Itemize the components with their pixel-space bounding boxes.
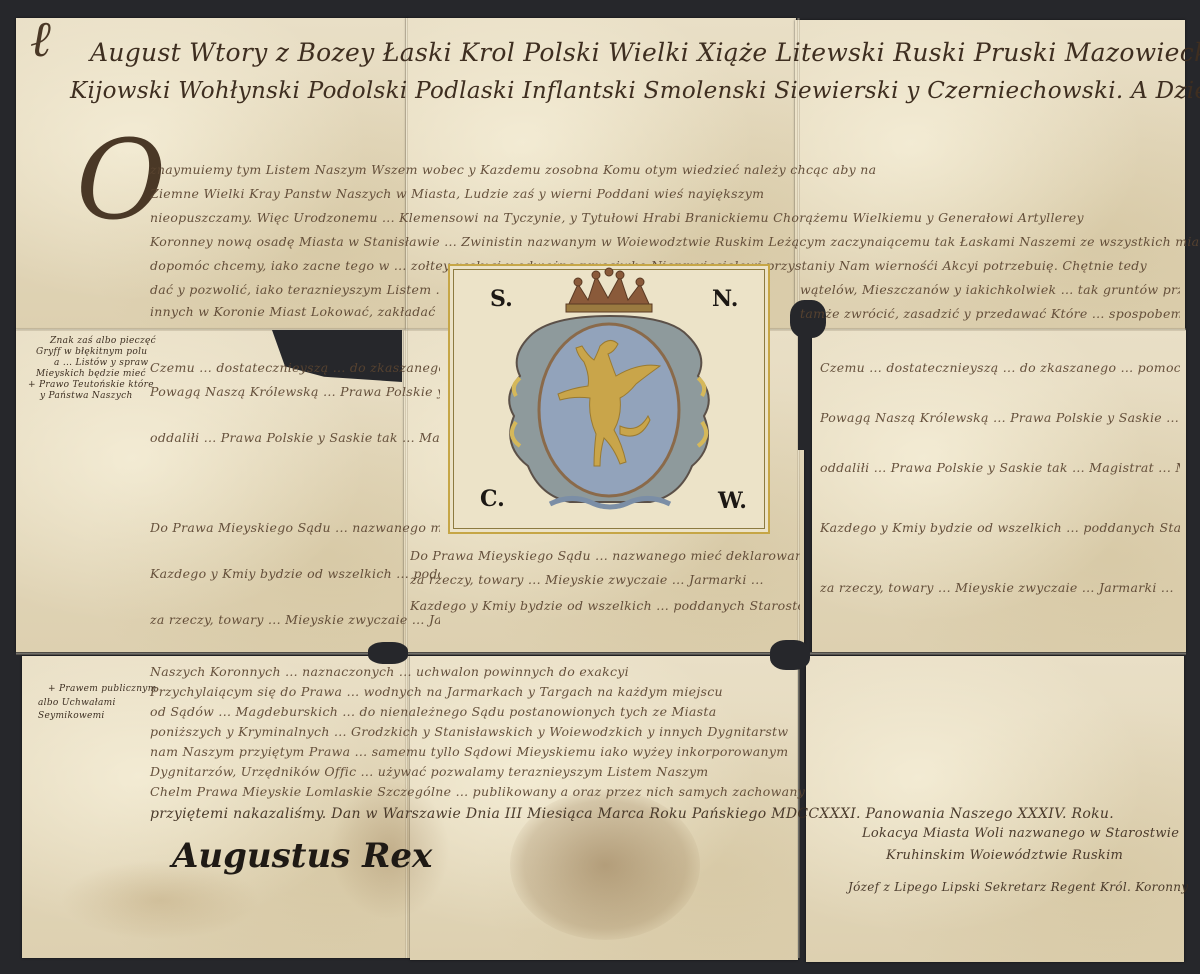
margin-note-line: Gryff w błękitnym polu <box>36 347 147 357</box>
margin-note-line: albo Uchwałami <box>38 698 116 708</box>
body-line: nieopuszczamy. Więc Urodzonemu ... Kleme… <box>150 210 1084 225</box>
body-line: poniższych y Kryminalnych ... Grodzkich … <box>150 724 788 739</box>
body-line: Do Prawa Mieyskiego Sądu ... nazwanego m… <box>410 548 800 563</box>
margin-note-line: Seymikowemi <box>38 711 105 721</box>
location-note-line-1: Lokacya Miasta Woli nazwanego w Starostw… <box>862 826 1179 841</box>
title-line-2: Kijowski Wohłynski Podolski Podlaski Inf… <box>70 78 1200 104</box>
body-line-right: Czemu ... dostatecznieyszą ... do zkasza… <box>820 360 1180 375</box>
coat-of-arms-frame: S. N. C. W. <box>448 264 770 534</box>
paper-hole <box>368 642 408 664</box>
date-line: przyiętemi nakazaliśmy. Dan w Warszawie … <box>150 806 1114 822</box>
body-line-right: Powagą Naszą Królewską ... Prawa Polskie… <box>820 410 1180 425</box>
fold-crease <box>16 652 1186 655</box>
margin-note-line: + Prawem publicznym <box>48 684 157 694</box>
body-line: za rzeczy, towary ... Mieyskie zwyczaie … <box>150 612 440 627</box>
body-line: Ziemne Wielki Kray Panstw Naszych w Mias… <box>150 186 764 201</box>
body-line: za rzeczy, towary ... Mieyskie zwyczaie … <box>410 572 800 587</box>
body-line: Dygnitarzów, Urzędników Offic ... używać… <box>150 764 708 779</box>
body-line-right: wątelów, Mieszczanów y iakichkolwiek ...… <box>800 282 1180 297</box>
body-line: znaymuiemy tym Listem Naszym Wszem wobec… <box>150 162 876 177</box>
body-line-right: oddaliłi ... Prawa Polskie y Saskie tak … <box>820 460 1180 475</box>
body-line: dać y pozwolić, iako teraznieyszym Liste… <box>150 282 440 297</box>
body-line: Naszych Koronnych ... naznaczonych ... u… <box>150 664 629 679</box>
royal-signature: Augustus Rex <box>172 836 432 876</box>
margin-note-line: y Państwa Naszych <box>40 391 133 401</box>
body-line-right: tamże zwrócić, zasadzić y przedawać Któr… <box>800 306 1180 321</box>
body-line: Przychylaiącym się do Prawa ... wodnych … <box>150 684 723 699</box>
countersignature: Józef z Lipego Lipski Sekretarz Regent K… <box>848 880 1188 894</box>
paper-hole <box>770 640 810 670</box>
body-line: Czemu ... dostatecznieyszą ... do zkasza… <box>150 360 440 375</box>
decorative-initial-a: ℓ <box>30 14 51 64</box>
body-line-right: za rzeczy, towary ... Mieyskie zwyczaie … <box>820 580 1180 595</box>
margin-note-line: a ... Listów y spraw <box>54 358 148 368</box>
body-line: oddaliłi ... Prawa Polskie y Saskie tak … <box>150 430 440 445</box>
body-line: Kazdego y Kmiy bydzie od wszelkich ... p… <box>410 598 800 613</box>
body-line: Koronney nową osadę Miasta w Stanisławie… <box>150 234 1200 249</box>
paper-panel-mid-right <box>812 330 1186 652</box>
body-line: od Sądów ... Magdeburskich ... do nienal… <box>150 704 716 719</box>
body-line: nam Naszym przyiętym Prawa ... samemu ty… <box>150 744 788 759</box>
body-line: Powagą Naszą Królewską ... Prawa Polskie… <box>150 384 440 399</box>
body-line-right: Kazdego y Kmiy bydzie od wszelkich ... p… <box>820 520 1180 535</box>
body-line: innych w Koronie Miast Lokować, zakładać… <box>150 304 440 319</box>
body-line: Do Prawa Mieyskiego Sądu ... nazwanego m… <box>150 520 440 535</box>
margin-note-line: Mieyskich będzie mieć <box>36 369 146 379</box>
body-line: Kazdego y Kmiy bydzie od wszelkich ... p… <box>150 566 440 581</box>
paper-tear <box>798 330 810 450</box>
location-note-line-2: Kruhinskim Woiewództwie Ruskim <box>886 848 1123 863</box>
margin-note-line: Znak zaś albo pieczęć <box>50 336 156 346</box>
margin-note-line: + Prawo Teutońskie które <box>28 380 154 390</box>
griffin-coat-of-arms-icon <box>450 266 768 532</box>
title-line-1: August Wtory z Bozey Łaski Krol Polski W… <box>90 38 1200 67</box>
body-line: Chelm Prawa Mieyskie Lomlaskie Szczególn… <box>150 784 805 799</box>
